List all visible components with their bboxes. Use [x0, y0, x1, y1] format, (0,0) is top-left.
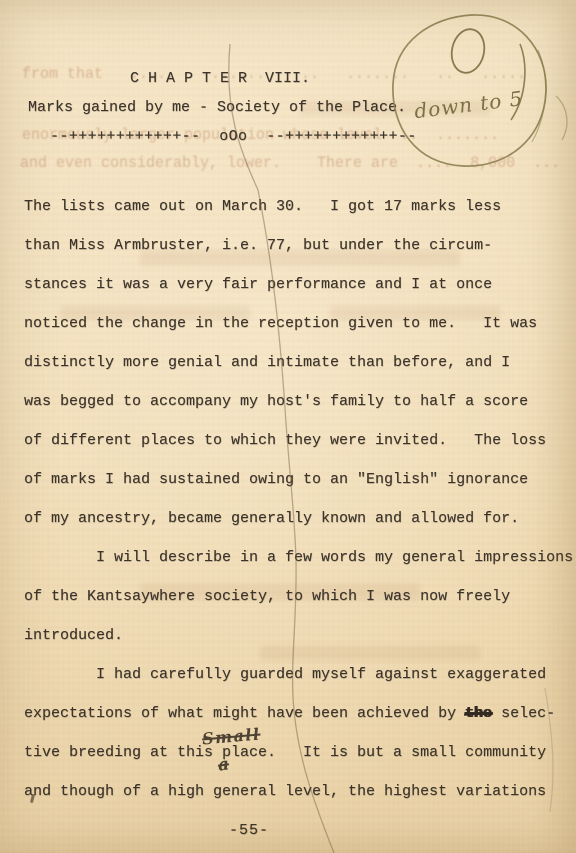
body-text: The lists came out on March 30. I got 17… — [24, 187, 573, 811]
body-line-with-strikeout: expectations of what might have been ach… — [24, 694, 573, 733]
ornamental-divider: --++++++++++++-- oOo --++++++++++++-- — [50, 128, 417, 145]
body-line: introduced. — [24, 616, 573, 655]
line-segment: selec- — [492, 705, 555, 722]
line-segment: expectations of what might have been ach… — [24, 705, 465, 722]
body-line: distinctly more genial and intimate than… — [24, 343, 573, 382]
body-line: of my ancestry, became generally known a… — [24, 499, 573, 538]
body-line: noticed the change in the reception give… — [24, 304, 573, 343]
annotation-circle-overstroke — [532, 50, 546, 142]
body-line: of the Kantsaywhere society, to which I … — [24, 577, 573, 616]
manuscript-page: { "document": { "chapter_heading": "C H … — [0, 0, 576, 853]
body-line: tive breeding at this place. It is but a… — [24, 733, 573, 772]
body-line: The lists came out on March 30. I got 17… — [24, 187, 573, 226]
body-line: than Miss Armbruster, i.e. 77, but under… — [24, 226, 573, 265]
body-line: stances it was a very fair performance a… — [24, 265, 573, 304]
body-line: of different places to which they were i… — [24, 421, 573, 460]
body-line: I will describe in a few words my genera… — [24, 538, 573, 577]
body-line: of marks I had sustained owing to an "En… — [24, 460, 573, 499]
body-line: and though of a high general level, the … — [24, 772, 573, 811]
edge-scribble — [556, 96, 567, 140]
body-line: was begged to accompany my host's family… — [24, 382, 573, 421]
chapter-heading: C H A P T E R VIII. — [130, 70, 310, 87]
ghost-text-line: and even considerably, lower. There are … — [20, 155, 560, 172]
struck-word: the — [465, 705, 492, 722]
circled-note-text: down to 5 — [413, 85, 535, 123]
body-line: I had carefully guarded myself against e… — [24, 655, 573, 694]
chapter-subtitle: Marks gained by me - Society of the Plac… — [28, 99, 406, 116]
page-number: -55- — [229, 822, 269, 839]
